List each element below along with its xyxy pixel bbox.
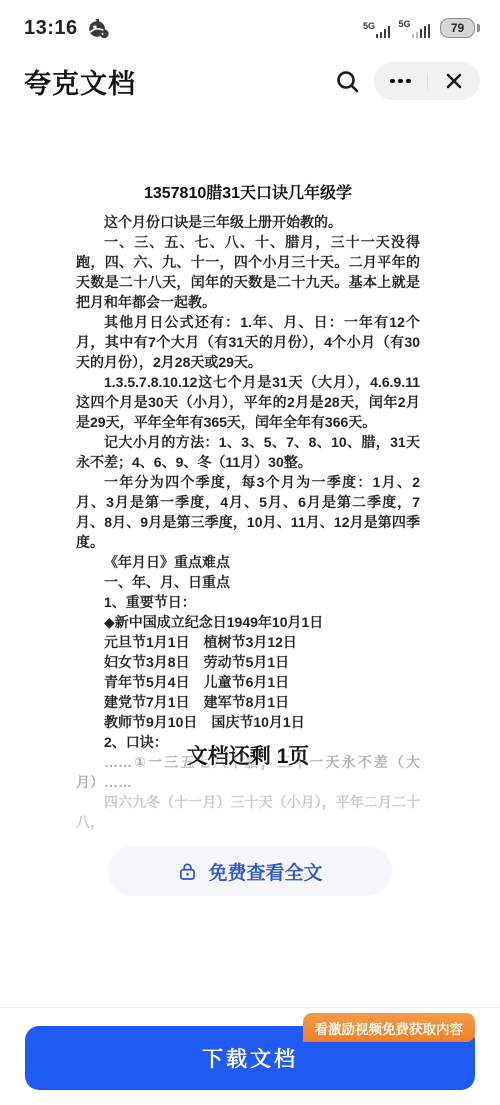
- doc-paragraph: 妇女节3月8日 劳动节5月1日: [76, 652, 420, 672]
- doc-paragraph: 教师节9月10日 国庆节10月1日: [76, 712, 420, 732]
- search-button[interactable]: [332, 66, 362, 96]
- pages-remaining-label: 文档还剩 1页: [187, 747, 310, 767]
- squirrel-logo-icon: [87, 17, 110, 40]
- more-icon: [390, 79, 411, 84]
- doc-paragraph: 《年月日》重点难点: [76, 552, 420, 572]
- doc-paragraph: 元旦节1月1日 植树节3月12日: [76, 632, 420, 652]
- search-icon: [334, 68, 361, 95]
- doc-paragraph: 其他月日公式还有：1.年、月、日：一年有12个月，其中有7个大月（有31天的月份…: [76, 312, 420, 372]
- close-button[interactable]: [437, 64, 471, 98]
- sim2-network-label: 5G: [398, 20, 410, 29]
- doc-paragraph: 建党节7月1日 建军节8月1日: [76, 692, 420, 712]
- app-screen: 13:16 5G 5G 79: [0, 0, 500, 1105]
- view-full-text-label: 免费查看全文: [208, 858, 322, 885]
- app-header: 夸克文档: [0, 50, 500, 112]
- doc-paragraph: 一年分为四个季度，每3个月为一季度：1月、2月、3月是第一季度，4月、5月、6月…: [76, 472, 420, 552]
- sim1-network-label: 5G: [363, 22, 375, 31]
- clock: 13:16: [24, 17, 78, 40]
- doc-paragraph: 青年节5月4日 儿童节6月1日: [76, 672, 420, 692]
- doc-paragraph: 一、三、五、七、八、十、腊月，三十一天没得跑，四、六、九、十一，四个小月三十天。…: [76, 232, 420, 312]
- document-page: 1357810腊31天口诀几年级学 这个月份口诀是三年级上册开始教的。 一、三、…: [76, 184, 420, 832]
- close-icon: [444, 71, 464, 91]
- view-full-text-button[interactable]: 免费查看全文: [108, 846, 392, 896]
- reward-video-badge-label: 看激励视频免费获取内容: [315, 1018, 464, 1038]
- signal-icon-sim2: 5G: [398, 20, 430, 38]
- doc-paragraph: ◆新中国成立纪念日1949年10月1日: [76, 612, 420, 632]
- lock-icon: [177, 861, 198, 882]
- status-bar: 13:16 5G 5G 79: [0, 0, 500, 50]
- faded-preview-end: ……①一三五七八十腊，三十一天永不差（大月）…… 四六九冬（十一月）三十天（小月…: [76, 752, 420, 832]
- download-document-label: 下载文档: [202, 1043, 298, 1073]
- doc-paragraph: 记大小月的方法：1、3、5、7、8、10、腊，31天永不差；4、6、9、冬（11…: [76, 432, 420, 472]
- capsule-divider: [427, 73, 428, 89]
- doc-paragraph: 一、年、月、日重点: [76, 572, 420, 592]
- document-title: 1357810腊31天口诀几年级学: [76, 184, 420, 204]
- more-button[interactable]: [383, 64, 417, 98]
- bottom-action-bar: 看激励视频免费获取内容 下载文档: [0, 1007, 500, 1105]
- battery-percent: 79: [451, 21, 464, 35]
- status-indicators: 5G 5G 79: [363, 18, 480, 38]
- reward-video-badge[interactable]: 看激励视频免费获取内容: [303, 1013, 476, 1042]
- document-preview-area[interactable]: 1357810腊31天口诀几年级学 这个月份口诀是三年级上册开始教的。 一、三、…: [0, 184, 500, 896]
- doc-paragraph: 这个月份口诀是三年级上册开始教的。: [76, 212, 420, 232]
- battery-icon: 79: [440, 18, 480, 38]
- doc-paragraph: 1.3.5.7.8.10.12这七个月是31天（大月），4.6.9.11这四个月…: [76, 372, 420, 432]
- page-title: 夸克文档: [24, 62, 136, 101]
- doc-paragraph: 1、重要节日：: [76, 592, 420, 612]
- signal-icon-sim1: 5G: [363, 22, 391, 38]
- capsule-menu: [374, 62, 480, 100]
- doc-paragraph-faded: 四六九冬（十一月）三十天（小月），平年二月二十八，: [76, 792, 420, 832]
